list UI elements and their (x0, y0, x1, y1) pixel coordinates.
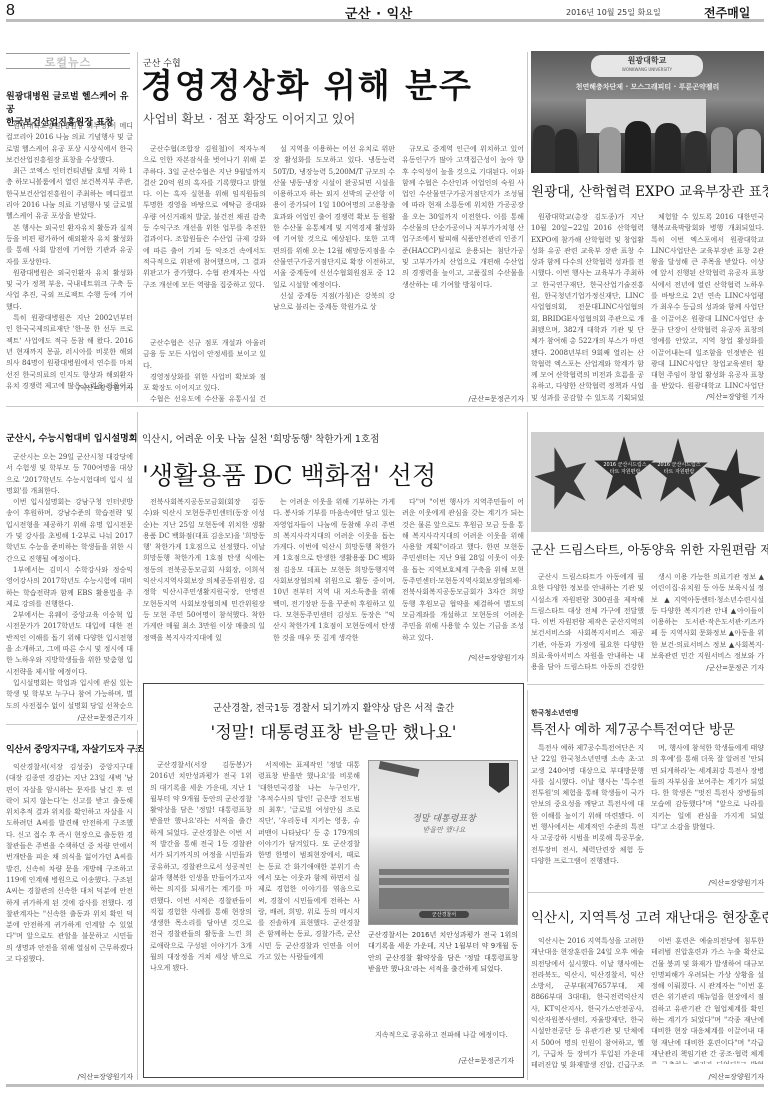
police-byline: /군산=문정곤기자 (368, 1056, 514, 1066)
suneung-byline: /군산=문정곤기자 (6, 713, 133, 723)
banner-plate: 원광대학교 WONKWANG UNIVERSITY (591, 55, 703, 77)
dc-headline[interactable]: '생활용품 DC 백화점' 선정 (142, 456, 436, 492)
disaster-col-1: 익산시는 2016 지역특성을 고려한 재난대응 현장훈련을 24일 오후 예술… (531, 936, 644, 1072)
row-divider (6, 406, 764, 407)
police-headline[interactable]: '정말! 대통령표창 받을만 했나요' (143, 718, 524, 743)
group-of-people (531, 121, 764, 173)
brief-body: 원광대학교병원(병원장 최두영)이 메디컬코리아 2016 나눔 의료 기념행사… (6, 121, 133, 389)
column-divider (137, 412, 138, 722)
dreamstart-col-1: 군산시 드림스타트가 아동에게 필요한 다양한 정보를 안내하는 기관 및 시설… (531, 572, 644, 674)
police-col-3-tail: 지속적으로 공유하고 전파해 나갈 예정이다. (368, 1030, 518, 1054)
disaster-headline[interactable]: 익산시, 지역특성 고려 재난대응 현장훈련 (531, 906, 768, 926)
suneung-body: 군산시는 오는 29일 군산시청 대강당에서 수험생 및 학부모 등 700여명… (6, 452, 133, 710)
masthead-rule (6, 19, 764, 22)
column-divider (527, 412, 528, 682)
row-divider (6, 724, 137, 725)
row-divider (527, 684, 764, 685)
column-divider (137, 52, 138, 402)
youth-col-2: 며, 행사에 참석한 학생들에게 태양의 후예'를 통해 더욱 잘 알려진 '안… (651, 743, 764, 877)
lead-subhead: 사업비 확보 · 점포 확장도 이어지고 있어 (143, 110, 355, 127)
dc-col-3: 다"며 "이번 행사가 지역주민들이 어려운 이웃에게 관심을 갖는 계기가 되… (402, 497, 524, 647)
lead-col-1-tail: 군산수협은 신규 점포 개설과 아울러 금융 등 모든 사업이 안정세를 보이고… (143, 338, 266, 404)
disaster-col-2: 이번 훈련은 예술의전당에 침투한 테러범 진압훈련과 가스 누출 확산로 건물… (651, 936, 764, 1064)
brief-headline-line1: 원광대병원 글로벌 헬스케어 유공 (6, 91, 136, 117)
book-cover-image: 정말 대통령표창 받을만 했나요 군산경찰서 (368, 760, 518, 925)
column-divider (137, 730, 138, 1080)
expo-col-2: 체험할 수 있도록 2016 대한민국 행복교육박람회와 병행 개최되었다. 특… (651, 212, 764, 390)
ribbon-decoration (379, 761, 420, 777)
dreamstart-headline[interactable]: 군산 드림스타트, 아동양육 위한 자원편람 제작 (531, 540, 768, 558)
youth-kicker: 한국청소년연맹 (531, 708, 578, 718)
rescue-byline: /익산=장양원기자 (6, 1072, 133, 1082)
lead-col-3: 규모로 중계역 인근에 위치하고 있어 유동인구가 많아 고객접근성이 높아 향… (402, 144, 524, 392)
lead-byline: /군산=문정곤기자 (402, 394, 524, 404)
police-station-building (379, 869, 509, 909)
brief-byline: /익산=장양원기자 (6, 383, 133, 393)
dc-col-2: 는 어려운 이웃을 위해 기부하는 가게다. 봉사와 기부를 마음속에만 담고 … (273, 497, 395, 675)
dc-col-1: 전북사회복지공동모금회(회장 김동수)와 익산시 모현동주민센터(동장 이성순)… (143, 497, 265, 675)
page-number: 8 (6, 2, 15, 20)
police-kicker: 군산경찰, 전국1등 경찰서 되기까지 활약상 담은 서적 출간 (143, 700, 524, 714)
book-photo-caption: 군산경찰서는 2016년 치안성과평가 전국 1위의 대기록을 세운 가운데, … (368, 930, 518, 996)
suneung-headline[interactable]: 군산시, 수능시험대비 입시설명회 (6, 431, 137, 444)
expo-headline[interactable]: 원광대, 산학협력 EXPO 교육부장관 표창 2관왕 (531, 180, 768, 200)
medal-icon (489, 763, 509, 793)
rescue-body: 익산경찰서(서장 김성중) 중앙지구대(대장 김종연 경감)는 지난 23일 새… (6, 762, 133, 1070)
youth-headline[interactable]: 특전사 예하 제7공수특전여단 방문 (531, 718, 735, 738)
lead-col-1: 군산수협(조합장 김원철)이 적자누적으로 인한 자본잠식을 벗어나기 위해 분… (143, 144, 266, 336)
dc-kicker: 익산시, 어려운 이웃 나눔 실천 '희망동행' 착한가게 1호점 (142, 431, 379, 445)
dc-byline: /익산=장양원기자 (402, 653, 524, 663)
column-divider (527, 690, 528, 1080)
expo-col-1: 원광대학교(총장 김도종)가 지난 10월 20일~22일 2016 산학협력 … (531, 212, 644, 402)
youth-col-1: 특전사 예하 제7공수특전여단은 지난 22일 한국청소년연맹 소속 초·고교생… (531, 743, 644, 888)
column-divider (527, 52, 528, 402)
police-col-2: 서적에는 표제작인 '정말 대통령표창 받을만 했나요'를 비롯해 '대한민국경… (258, 760, 360, 1072)
star-cover-icon (531, 440, 599, 518)
row-divider (527, 892, 764, 893)
police-col-1: 군산경찰서(서장 김동봉)가 2016년 치안성과평가 전국 1위의 대기록을 … (150, 760, 252, 1072)
issue-date: 2016년 10월 25일 화요일 (566, 7, 661, 18)
youth-byline: /익산=장양원기자 (651, 878, 764, 888)
dreamstart-photo: 2016 군산시드림스타트 자원편람 2016 군산시드림스타트 자원편람 (531, 432, 764, 532)
dreamstart-byline: /군산=문정곤 기자 (651, 663, 764, 673)
rescue-headline[interactable]: 익산서 중앙지구대, 자살기도자 구조 (6, 742, 144, 755)
lead-headline[interactable]: 경영정상화 위해 분주 (141, 64, 473, 108)
expo-byline: /익산=장양원 기자 (651, 392, 764, 402)
star-cover-icon (696, 443, 764, 520)
expo-photo: 원광대학교 WONKWANG UNIVERSITY 천연해충차단제 · 모스그래… (531, 51, 764, 173)
local-news-label: 로컬뉴스 (6, 53, 130, 69)
dreamstart-col-2: 생시 이용 가능한 의료기관 정보 ▲어린이집·유치원 등 아동 보육시설 정보… (651, 572, 764, 662)
disaster-byline: /익산=장양원기자 (651, 1072, 764, 1082)
lead-col-2: 설 지역을 이용하는 어선 유치로 위판장 활성화를 도모하고 있다. 냉동능력… (273, 144, 395, 404)
footer-rule (6, 1084, 764, 1087)
